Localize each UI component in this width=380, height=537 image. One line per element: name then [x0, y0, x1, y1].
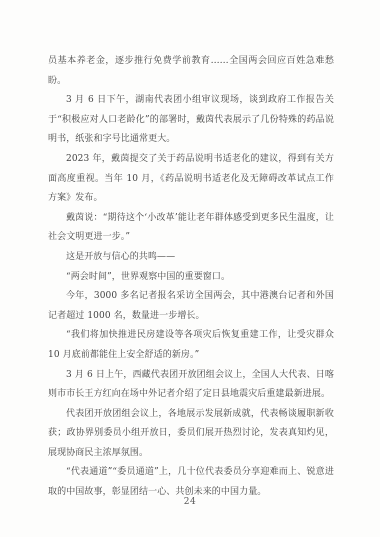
document-page: 员基本养老金，逐步推行免费学前教育……全国两会回应百姓急难愁盼。 3 月 6 日…	[0, 0, 380, 537]
page-footer: 24	[0, 497, 380, 507]
paragraph: 3 月 6 日上午，西藏代表团开放团组会议上，全国人大代表、日喀则市市长王方红向…	[48, 366, 334, 405]
article-body: 员基本养老金，逐步推行免费学前教育……全国两会回应百姓急难愁盼。 3 月 6 日…	[48, 52, 334, 503]
paragraph: 3 月 6 日下午，湖南代表团小组审议现场，谈到政府工作报告关于“积极应对人口老…	[48, 91, 334, 150]
page-number: 24	[184, 497, 196, 507]
paragraph: 员基本养老金，逐步推行免费学前教育……全国两会回应百姓急难愁盼。	[48, 52, 334, 91]
paragraph: 代表团开放团组会议上，各地展示发展新成就，代表畅谈履职新收获；政协界别委员小组开…	[48, 405, 334, 464]
paragraph: 戴茵说：“期待这个‘小改革’能让老年群体感受到更多民生温度，让社会文明更进一步。…	[48, 209, 334, 248]
paragraph: 今年，3000 多名记者报名采访全国两会，其中港澳台记者和外国记者超过 1000…	[48, 287, 334, 326]
paragraph: 这是开放与信心的共鸣——	[48, 248, 334, 268]
paragraph: 2023 年，戴茵提交了关于药品说明书适老化的建议，得到有关方面高度重视。当年 …	[48, 150, 334, 209]
paragraph: “我们将加快推进民房建设等各项灾后恢复重建工作，让受灾群众 10 月底前都能住上…	[48, 326, 334, 365]
paragraph: “两会时间”，世界观察中国的重要窗口。	[48, 268, 334, 288]
